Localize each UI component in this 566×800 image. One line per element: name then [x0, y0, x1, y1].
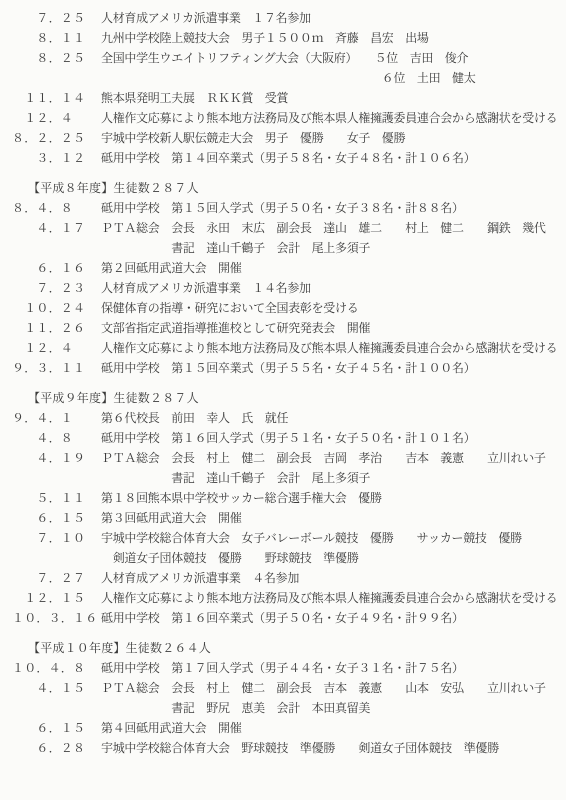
entry-date: ８．２．２５ — [0, 128, 101, 148]
history-entry: ９．３．１１砥用中学校 第１５回卒業式（男子５５名・女子４５名・計１００名） — [0, 358, 566, 378]
entry-text: 保健体育の指導・研究において全国表彰を受ける — [101, 298, 566, 318]
history-entry: ８．１１九州中学校陸上競技大会 男子１５００ｍ 斉藤 昌宏 出場 — [0, 28, 566, 48]
entry-text: 砥用中学校 第１５回入学式（男子５０名・女子３８名・計８８名） — [101, 198, 566, 218]
history-entry: １１．１４熊本県発明工夫展 ＲＫＫ賞 受賞 — [0, 88, 566, 108]
entry-date: ６．１６ — [0, 258, 101, 278]
entry-date: ８．４．８ — [0, 198, 101, 218]
entry-text: 第６代校長 前田 幸人 氏 就任 — [101, 408, 566, 428]
entry-date: １１．１４ — [0, 88, 101, 108]
entry-rows: １０．４．８砥用中学校 第１７回入学式（男子４４名・女子３１名・計７５名） ４．… — [0, 658, 566, 758]
entry-text: 砥用中学校 第１７回入学式（男子４４名・女子３１名・計７５名） — [101, 658, 566, 678]
entry-date: １０．４．８ — [0, 658, 101, 678]
history-entry: ７．２７人材育成アメリカ派遣事業 ４名参加 — [0, 568, 566, 588]
history-entry: １０．２４保健体育の指導・研究において全国表彰を受ける — [0, 298, 566, 318]
entry-date: ６．２８ — [0, 738, 101, 758]
history-entry: ６．１５第３回砥用武道大会 開催 — [0, 508, 566, 528]
entry-text: 人材育成アメリカ派遣事業 １７名参加 — [101, 8, 566, 28]
history-entry: １０．４．８砥用中学校 第１７回入学式（男子４４名・女子３１名・計７５名） — [0, 658, 566, 678]
entry-text: ６位 土田 健太 — [101, 68, 566, 88]
entry-text: 剣道女子団体競技 優勝 野球競技 準優勝 — [101, 548, 566, 568]
history-entry-continuation: ６位 土田 健太 — [0, 68, 566, 88]
entry-rows: ７．２５人材育成アメリカ派遣事業 １７名参加 ８．１１九州中学校陸上競技大会 男… — [0, 8, 566, 168]
history-entry: １２．４人権作文応募により熊本地方法務局及び熊本県人権擁護委員連合会から感謝状を… — [0, 108, 566, 128]
entry-date: ４．１５ — [0, 678, 101, 698]
document-page: ７．２５人材育成アメリカ派遣事業 １７名参加 ８．１１九州中学校陸上競技大会 男… — [0, 0, 566, 800]
history-entry: ４．８砥用中学校 第１６回入学式（男子５１名・女子５０名・計１０１名） — [0, 428, 566, 448]
entry-text: 第３回砥用武道大会 開催 — [101, 508, 566, 528]
history-entry: １２．１５人権作文応募により熊本地方法務局及び熊本県人権擁護委員連合会から感謝状… — [0, 588, 566, 608]
entry-text: 第２回砥用武道大会 開催 — [101, 258, 566, 278]
entry-date — [0, 548, 101, 568]
history-entry: ７．２５人材育成アメリカ派遣事業 １７名参加 — [0, 8, 566, 28]
entry-date: ６．１５ — [0, 718, 101, 738]
history-entry: １１．２６文部省指定武道指導推進校として研究発表会 開催 — [0, 318, 566, 338]
history-entry: ４．１５ＰＴＡ総会 会長 村上 健二 副会長 吉本 義憲 山本 安弘 立川れい子 — [0, 678, 566, 698]
entry-text: 宇城中学校総合体育大会 野球競技 準優勝 剣道女子団体競技 準優勝 — [101, 738, 566, 758]
fiscal-year-section: 【平成８年度】生徒数２８７人８．４．８砥用中学校 第１５回入学式（男子５０名・女… — [0, 178, 566, 378]
entry-date — [0, 468, 101, 488]
entry-text: ＰＴＡ総会 会長 村上 健二 副会長 吉本 義憲 山本 安弘 立川れい子 — [101, 678, 566, 698]
entry-rows: ９．４．１第６代校長 前田 幸人 氏 就任 ４．８砥用中学校 第１６回入学式（男… — [0, 408, 566, 628]
entry-date: ９．４．１ — [0, 408, 101, 428]
entry-text: 書記 野尻 恵美 会計 本田真留美 — [101, 698, 566, 718]
history-entry-continuation: 剣道女子団体競技 優勝 野球競技 準優勝 — [0, 548, 566, 568]
entry-text: 書記 達山千鶴子 会計 尾上多須子 — [101, 238, 566, 258]
entry-text: 人権作文応募により熊本地方法務局及び熊本県人権擁護委員連合会から感謝状を受ける — [101, 338, 566, 358]
history-entry: ８．２５全国中学生ウエイトリフティング大会（大阪府） ５位 吉田 俊介 — [0, 48, 566, 68]
entry-date: ４．１７ — [0, 218, 101, 238]
entry-text: 文部省指定武道指導推進校として研究発表会 開催 — [101, 318, 566, 338]
fiscal-year-header: 【平成１０年度】生徒数２６４人 — [0, 638, 566, 658]
fiscal-year-header: 【平成９年度】生徒数２８７人 — [0, 388, 566, 408]
entry-date: １１．２６ — [0, 318, 101, 338]
entry-text: 全国中学生ウエイトリフティング大会（大阪府） ５位 吉田 俊介 — [101, 48, 566, 68]
history-entry: ６．２８宇城中学校総合体育大会 野球競技 準優勝 剣道女子団体競技 準優勝 — [0, 738, 566, 758]
history-entry-continuation: 書記 達山千鶴子 会計 尾上多須子 — [0, 468, 566, 488]
fiscal-year-section: 【平成９年度】生徒数２８７人９．４．１第６代校長 前田 幸人 氏 就任 ４．８砥… — [0, 388, 566, 628]
entry-text: 書記 達山千鶴子 会計 尾上多須子 — [101, 468, 566, 488]
history-entry: ７．２３人材育成アメリカ派遣事業 １４名参加 — [0, 278, 566, 298]
entry-date: ３．１２ — [0, 148, 101, 168]
entry-date: ４．８ — [0, 428, 101, 448]
entry-date: １２．４ — [0, 338, 101, 358]
entry-date — [0, 238, 101, 258]
entry-date: １２．４ — [0, 108, 101, 128]
entry-text: 熊本県発明工夫展 ＲＫＫ賞 受賞 — [101, 88, 566, 108]
entry-text: 砥用中学校 第１４回卒業式（男子５８名・女子４８名・計１０６名） — [101, 148, 566, 168]
entry-text: 人権作文応募により熊本地方法務局及び熊本県人権擁護委員連合会から感謝状を受ける — [101, 588, 566, 608]
chronology-document: ７．２５人材育成アメリカ派遣事業 １７名参加 ８．１１九州中学校陸上競技大会 男… — [0, 8, 566, 758]
history-entry: ４．１９ＰＴＡ総会 会長 村上 健二 副会長 吉岡 孝治 吉本 義憲 立川れい子 — [0, 448, 566, 468]
history-entry: ６．１６第２回砥用武道大会 開催 — [0, 258, 566, 278]
history-entry: １２．４人権作文応募により熊本地方法務局及び熊本県人権擁護委員連合会から感謝状を… — [0, 338, 566, 358]
entry-text: 第１８回熊本県中学校サッカー総合選手権大会 優勝 — [101, 488, 566, 508]
entry-text: 第４回砥用武道大会 開催 — [101, 718, 566, 738]
entry-text: 九州中学校陸上競技大会 男子１５００ｍ 斉藤 昌宏 出場 — [101, 28, 566, 48]
entry-date: １２．１５ — [0, 588, 101, 608]
entry-date: ５．１１ — [0, 488, 101, 508]
fiscal-year-section: 【平成１０年度】生徒数２６４人１０．４．８砥用中学校 第１７回入学式（男子４４名… — [0, 638, 566, 758]
entry-rows: ８．４．８砥用中学校 第１５回入学式（男子５０名・女子３８名・計８８名） ４．１… — [0, 198, 566, 378]
entry-date — [0, 698, 101, 718]
entry-date: ７．２５ — [0, 8, 101, 28]
entry-date: ７．２３ — [0, 278, 101, 298]
entry-text: 人材育成アメリカ派遣事業 ４名参加 — [101, 568, 566, 588]
entry-date: ７．１０ — [0, 528, 101, 548]
entry-text: 宇城中学校総合体育大会 女子バレーボール競技 優勝 サッカー競技 優勝 — [101, 528, 566, 548]
entry-date: ６．１５ — [0, 508, 101, 528]
fiscal-year-section: ７．２５人材育成アメリカ派遣事業 １７名参加 ８．１１九州中学校陸上競技大会 男… — [0, 8, 566, 168]
history-entry-continuation: 書記 野尻 恵美 会計 本田真留美 — [0, 698, 566, 718]
entry-date — [0, 68, 101, 88]
history-entry: ６．１５第４回砥用武道大会 開催 — [0, 718, 566, 738]
entry-text: ＰＴＡ総会 会長 村上 健二 副会長 吉岡 孝治 吉本 義憲 立川れい子 — [101, 448, 566, 468]
entry-text: 人権作文応募により熊本地方法務局及び熊本県人権擁護委員連合会から感謝状を受ける — [101, 108, 566, 128]
entry-date: １０．２４ — [0, 298, 101, 318]
entry-text: 宇城中学校新人駅伝競走大会 男子 優勝 女子 優勝 — [101, 128, 566, 148]
entry-date: ９．３．１１ — [0, 358, 101, 378]
entry-date: １０．３．１６ — [0, 608, 101, 628]
history-entry: １０．３．１６砥用中学校 第１６回卒業式（男子５０名・女子４９名・計９９名） — [0, 608, 566, 628]
entry-text: 人材育成アメリカ派遣事業 １４名参加 — [101, 278, 566, 298]
entry-text: 砥用中学校 第１６回入学式（男子５１名・女子５０名・計１０１名） — [101, 428, 566, 448]
history-entry: ５．１１第１８回熊本県中学校サッカー総合選手権大会 優勝 — [0, 488, 566, 508]
entry-date: ８．１１ — [0, 28, 101, 48]
history-entry: ４．１７ＰＴＡ総会 会長 永田 末広 副会長 達山 雄二 村上 健二 鋼鉄 幾代 — [0, 218, 566, 238]
history-entry-continuation: 書記 達山千鶴子 会計 尾上多須子 — [0, 238, 566, 258]
entry-date: ７．２７ — [0, 568, 101, 588]
history-entry: ７．１０宇城中学校総合体育大会 女子バレーボール競技 優勝 サッカー競技 優勝 — [0, 528, 566, 548]
entry-text: ＰＴＡ総会 会長 永田 末広 副会長 達山 雄二 村上 健二 鋼鉄 幾代 — [101, 218, 566, 238]
entry-date: ８．２５ — [0, 48, 101, 68]
history-entry: ３．１２砥用中学校 第１４回卒業式（男子５８名・女子４８名・計１０６名） — [0, 148, 566, 168]
history-entry: ９．４．１第６代校長 前田 幸人 氏 就任 — [0, 408, 566, 428]
history-entry: ８．４．８砥用中学校 第１５回入学式（男子５０名・女子３８名・計８８名） — [0, 198, 566, 218]
entry-text: 砥用中学校 第１６回卒業式（男子５０名・女子４９名・計９９名） — [101, 608, 566, 628]
entry-date: ４．１９ — [0, 448, 101, 468]
fiscal-year-header: 【平成８年度】生徒数２８７人 — [0, 178, 566, 198]
history-entry: ８．２．２５宇城中学校新人駅伝競走大会 男子 優勝 女子 優勝 — [0, 128, 566, 148]
entry-text: 砥用中学校 第１５回卒業式（男子５５名・女子４５名・計１００名） — [101, 358, 566, 378]
